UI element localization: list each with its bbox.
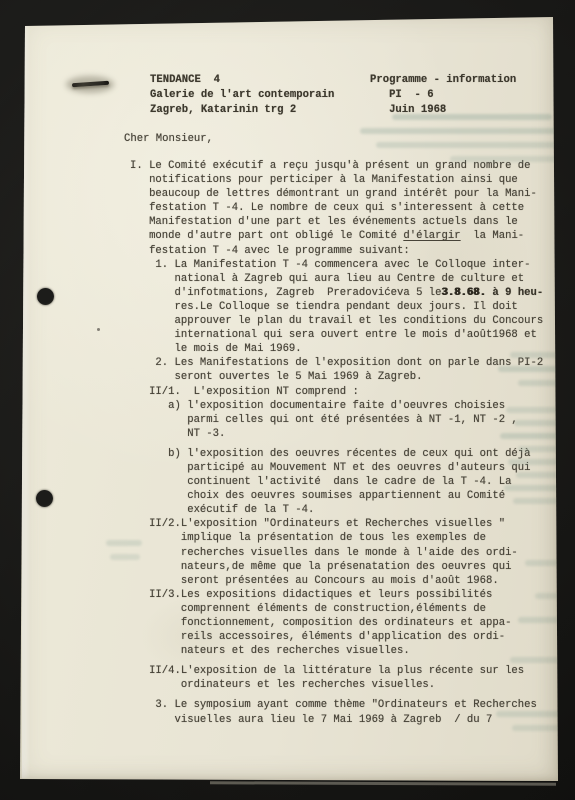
text-line: festation T -4 avec le programme suivant… (130, 244, 543, 258)
paragraph-II-1: II/1. L'exposition NT comprend : (130, 385, 543, 399)
ghost-line (518, 617, 574, 623)
paragraph-1: 1. La Manifestation T -4 commencera avec… (130, 258, 543, 357)
paragraph-II-1-b: b) l'exposition des oeuvres récentes de … (130, 447, 543, 517)
text-line: participé au Mouvement NT et des oeuvres… (130, 461, 543, 475)
text-line: festation T -4. Le nombre de ceux qui s'… (130, 201, 543, 215)
ghost-line (106, 540, 142, 546)
text-line: approuver le plan du travail et les cond… (130, 314, 543, 328)
text-line: 3. Le symposium ayant comme thème "Ordin… (130, 698, 543, 712)
text-line: Galerie de l'art contemporain (150, 88, 334, 103)
ghost-line (508, 459, 572, 465)
ink-speck (97, 328, 100, 331)
ghost-line (392, 114, 552, 120)
text-line: res.Le Colloque se tiendra pendant deux … (130, 300, 543, 314)
paragraph-II-1-a: a) l'exposition documentaire faite d'oeu… (130, 399, 543, 441)
text-line: reils accessoires, éléments d'applicatio… (130, 630, 543, 644)
text-line: a) l'exposition documentaire faite d'oeu… (130, 399, 543, 413)
ghost-line (376, 142, 558, 148)
paragraph-I: I. Le Comité exécutif a reçu jusqu'à pré… (130, 159, 543, 258)
ghost-line (525, 560, 573, 566)
text-line: continuent l'activité dans le cadre de l… (130, 475, 543, 489)
paragraph-II-4: II/4.L'exposition de la littérature la p… (130, 664, 543, 692)
text-line: beaucoup de lettres démontrant un grand … (130, 187, 543, 201)
text-line: ordinateurs et les recherches visuelles. (130, 678, 543, 692)
programme-info-block: Programme - information PI - 6 Juin 1968 (370, 73, 516, 118)
text-line: II/4.L'exposition de la littérature la p… (130, 664, 543, 678)
ghost-line (500, 433, 572, 439)
text-line: II/3.Les expositions didactiques et leur… (130, 588, 543, 602)
text-line: monde d'autre part ont obligé le Comité … (130, 229, 543, 243)
ghost-line (518, 380, 572, 386)
staple-smudge (66, 76, 114, 93)
staple (72, 81, 109, 88)
text-line: I. Le Comité exécutif a reçu jusqu'à pré… (130, 159, 543, 173)
text-line: international qui sera ouvert entre le m… (130, 328, 543, 342)
text-line: seront ouvertes le 5 Mai 1969 à Zagreb. (130, 370, 543, 384)
text-line: d'infotmations, Zagreb Preradovićeva 5 l… (130, 286, 543, 300)
paragraph-II-3: II/3.Les expositions didactiques et leur… (130, 588, 543, 658)
ghost-line (535, 593, 575, 599)
paragraph-II-2: II/2.L'exposition "Ordinateurs et Recher… (130, 517, 543, 587)
text-line: comprennent éléments de construction,élé… (130, 602, 543, 616)
ghost-line (510, 657, 572, 663)
paper-sheet: TENDANCE 4Galerie de l'art contemporainZ… (20, 16, 558, 782)
ghost-line (506, 407, 572, 413)
text-line: 1. La Manifestation T -4 commencera avec… (130, 258, 543, 272)
text-line: b) l'exposition des oeuvres récentes de … (130, 447, 543, 461)
ghost-line (512, 725, 568, 731)
text-line: 2. Les Manifestations de l'exposition do… (130, 356, 543, 370)
text-line: Programme - information (370, 73, 516, 88)
letter-body: I. Le Comité exécutif a reçu jusqu'à pré… (130, 159, 543, 727)
ghost-line (504, 485, 572, 491)
text-line: parmi celles qui ont été présentées à NT… (130, 413, 543, 427)
text-line: NT -3. (130, 427, 543, 441)
ghost-line (498, 366, 574, 372)
text-line: visuelles aura lieu le 7 Mai 1969 à Zagr… (130, 713, 543, 727)
ghost-line (516, 472, 572, 478)
text-line: Juin 1968 (370, 103, 516, 118)
text-line: Manifestation d'une part et les événemen… (130, 215, 543, 229)
ghost-line (110, 554, 140, 560)
text-line: exécutif de la T -4. (130, 503, 543, 517)
paragraph-3: 3. Le symposium ayant comme thème "Ordin… (130, 698, 543, 726)
salutation: Cher Monsieur, (124, 132, 213, 146)
ghost-line (450, 156, 568, 162)
scanned-letter: TENDANCE 4Galerie de l'art contemporainZ… (0, 0, 575, 800)
ghost-line (513, 498, 571, 504)
ghost-line (496, 711, 572, 717)
punch-hole-top (37, 288, 54, 305)
text-line: II/1. L'exposition NT comprend : (130, 385, 543, 399)
text-line: recherches visuelles dans le monde à l'a… (130, 546, 543, 560)
text-line: nateurs,de même que la présenatation des… (130, 560, 543, 574)
ghost-line (360, 128, 565, 134)
text-line: PI - 6 (370, 88, 516, 103)
text-line: II/2.L'exposition "Ordinateurs et Recher… (130, 517, 543, 531)
text-line: choix des oeuvres soumises appartiennent… (130, 489, 543, 503)
paragraph-2: 2. Les Manifestations de l'exposition do… (130, 356, 543, 384)
text-line: seront présentées au Concours au mois d'… (130, 574, 543, 588)
under-sheet-edge (210, 781, 556, 786)
text-line: le mois de Mai 1969. (130, 342, 543, 356)
text-line: nateurs et des recherches visuelles. (130, 644, 543, 658)
text-line: implique la présentation de tous les exe… (130, 531, 543, 545)
text-line: notifications pour perticiper à la Manif… (130, 173, 543, 187)
ghost-line (510, 352, 572, 358)
text-line: Zagreb, Katarinin trg 2 (150, 103, 334, 118)
sender-address-block: TENDANCE 4Galerie de l'art contemporainZ… (150, 73, 334, 118)
ghost-line (514, 420, 572, 426)
text-line: TENDANCE 4 (150, 73, 334, 88)
text-line: national à Zagreb qui aura lieu au Centr… (130, 272, 543, 286)
punch-hole-bottom (36, 490, 53, 507)
ghost-line (518, 446, 572, 452)
text-line: fonctionnement, composition des ordinate… (130, 616, 543, 630)
